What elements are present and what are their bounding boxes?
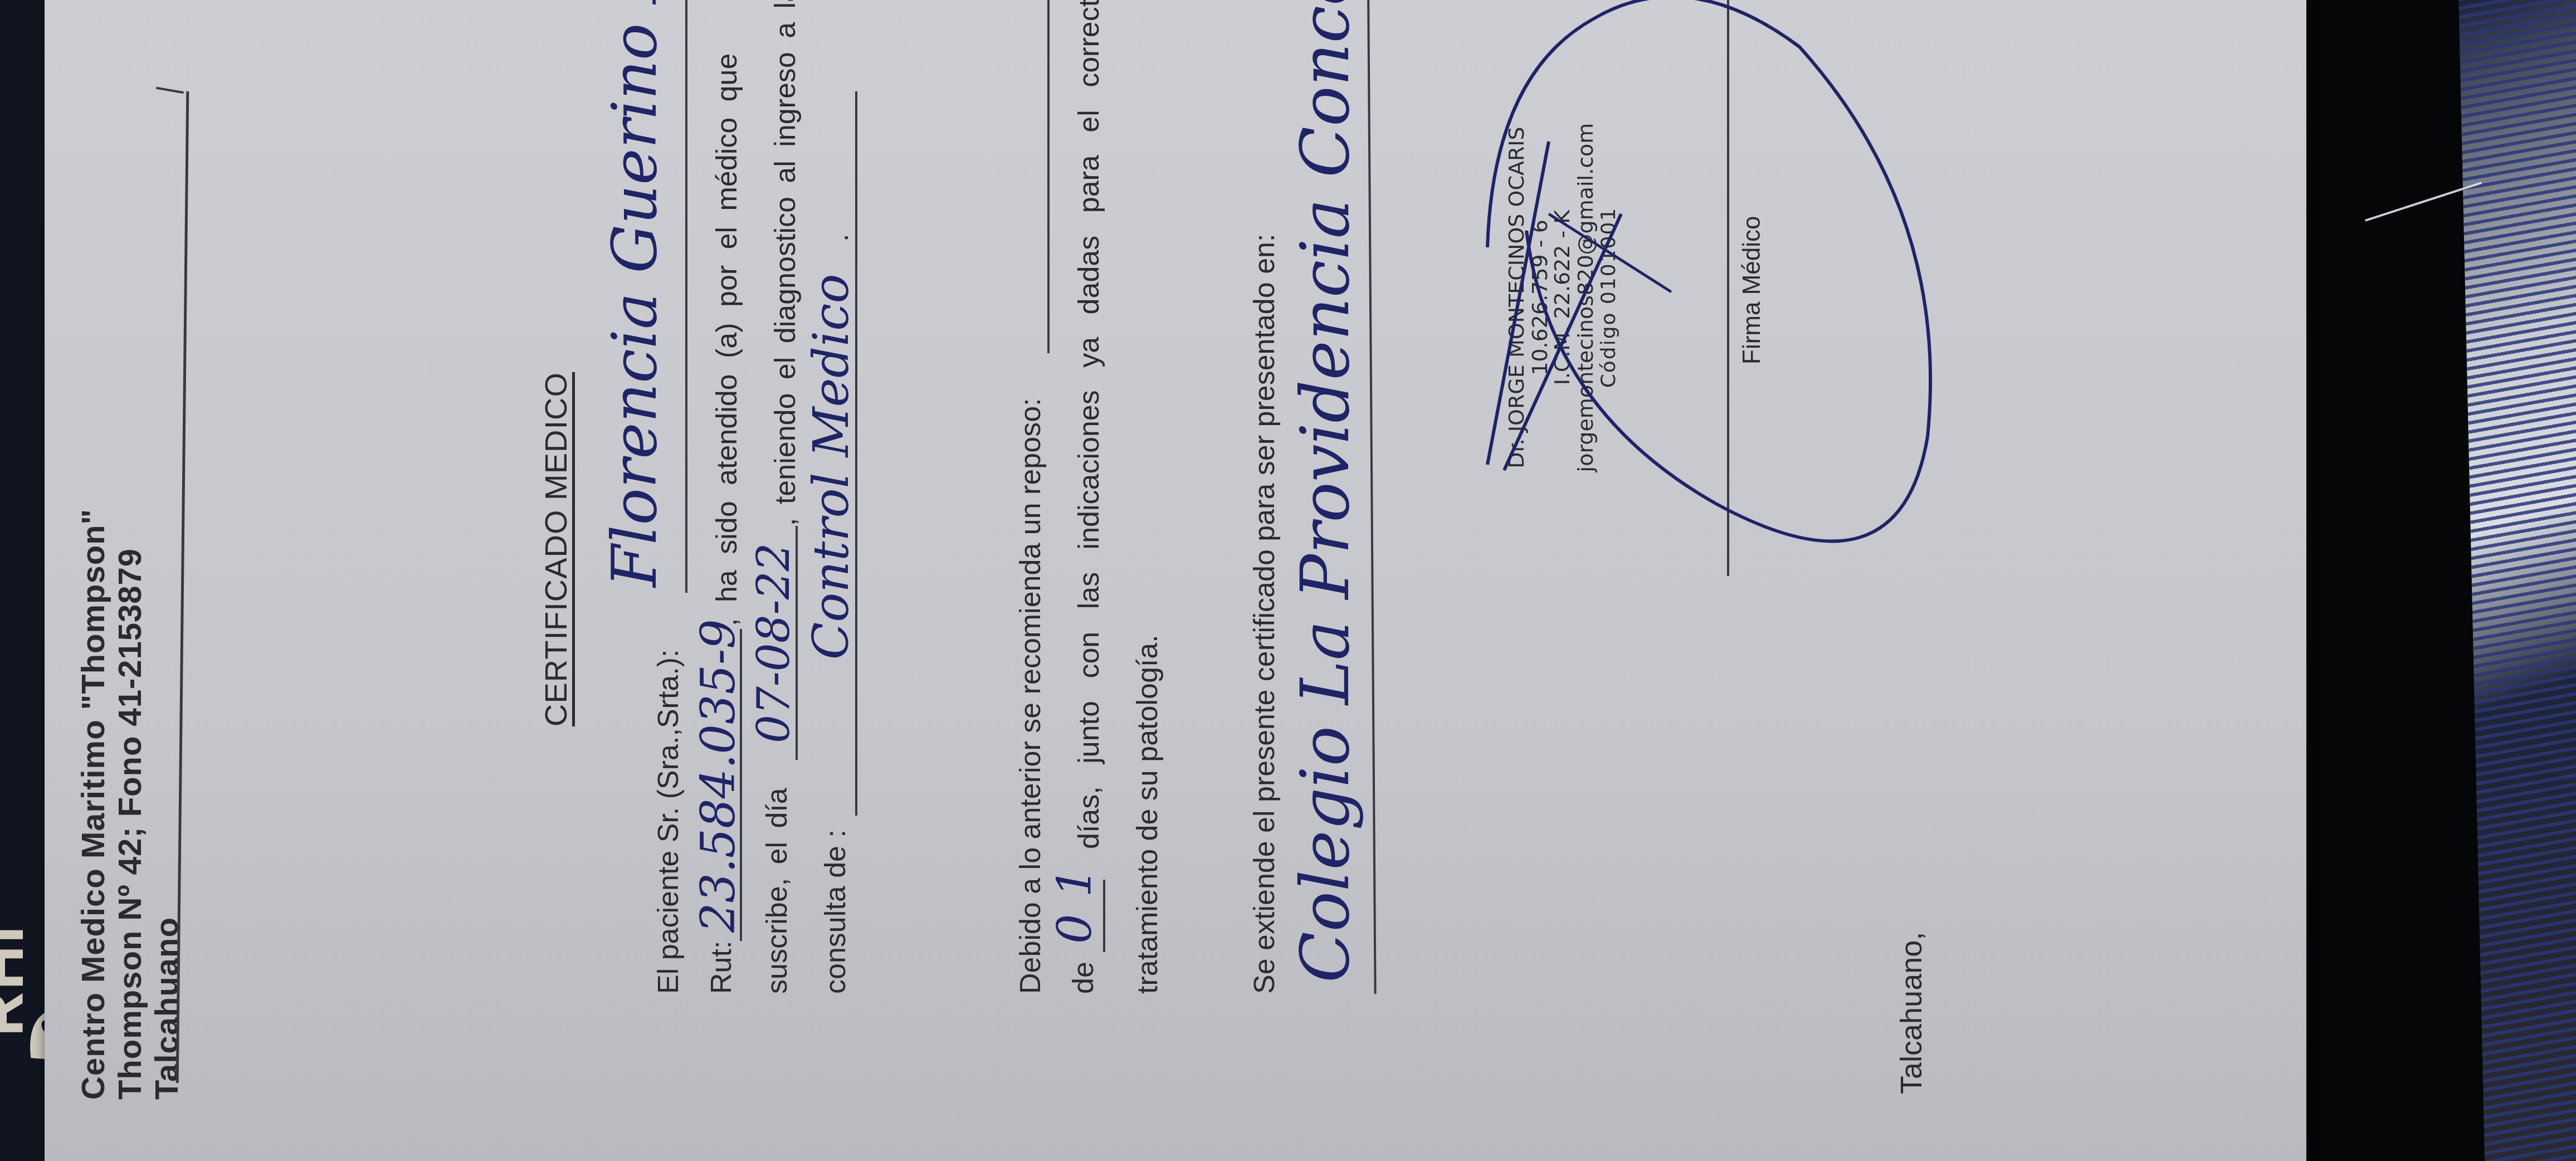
medical-certificate: Centro Medico Maritimo "Thompson" Thomps… — [45, 0, 2306, 1161]
doctor-icm: I.C.M. 22.622 - K — [1551, 47, 1573, 548]
rest-days-text: días, junto con las indicaciones ya dada… — [1072, 0, 1106, 849]
signature-label: Firma Médico — [1738, 216, 1766, 365]
diagnosis-text: , teniendo el diagnostico al ingreso a l… — [769, 0, 802, 526]
visit-date-value: 07-08-22 — [748, 543, 799, 743]
signature-line — [1727, 0, 1729, 576]
brand-text: RHI — [0, 924, 37, 1036]
paper-sheet — [45, 0, 2306, 1161]
doctor-rut: 10.626.759 - 6 — [1529, 47, 1551, 548]
rest-line — [1047, 0, 1050, 353]
presented-at-value: Colegio La Providencia Concepción — [1287, 0, 1364, 983]
patient-name-line — [685, 0, 687, 593]
doctor-stamp: Dr. JORGE MONTECINOS OCARIS 10.626.759 -… — [1504, 47, 1620, 548]
document-title: CERTIFICADO MEDICO — [538, 372, 574, 726]
footer-city: Talcahuano, — [1894, 932, 1929, 1094]
presented-at-label: Se extiende el presente certificado para… — [1248, 234, 1281, 994]
suscribe-label: suscribe, el día — [760, 788, 794, 994]
rest-recommendation-text: Debido a lo anterior se recomienda un re… — [1014, 398, 1047, 994]
patient-label: El paciente Sr. (Sra.,Srta.): — [652, 650, 685, 994]
attended-text: , ha sido atendido (a) por el médico que — [710, 53, 744, 626]
consulta-value: Control Medico — [802, 274, 860, 660]
doctor-name: Dr. JORGE MONTECINOS OCARIS — [1504, 47, 1529, 548]
days-line — [1103, 880, 1105, 952]
rest-days-value: 01 — [1047, 851, 1102, 944]
rut-label: Rut: — [705, 941, 738, 994]
de-label: de — [1067, 962, 1100, 994]
consulta-label: consulta de : — [819, 830, 852, 994]
patient-name-value: Florencia Guerino F. — [599, 0, 670, 587]
clinic-name: Centro Medico Maritimo "Thompson" — [75, 509, 112, 1100]
consulta-end: . — [822, 234, 855, 242]
clinic-header: Centro Medico Maritimo "Thompson" Thomps… — [75, 509, 186, 1100]
rut-value: 23.584.035-9 — [691, 619, 745, 933]
doctor-email: jorgemontecinos820@gmail.com — [1573, 47, 1598, 548]
clinic-address: Thompson Nº 42; Fono 41-2153879 — [112, 509, 149, 1100]
doctor-code: Código 0101001 — [1598, 47, 1620, 548]
treatment-text: tratamiento de su patología. — [1131, 635, 1164, 994]
